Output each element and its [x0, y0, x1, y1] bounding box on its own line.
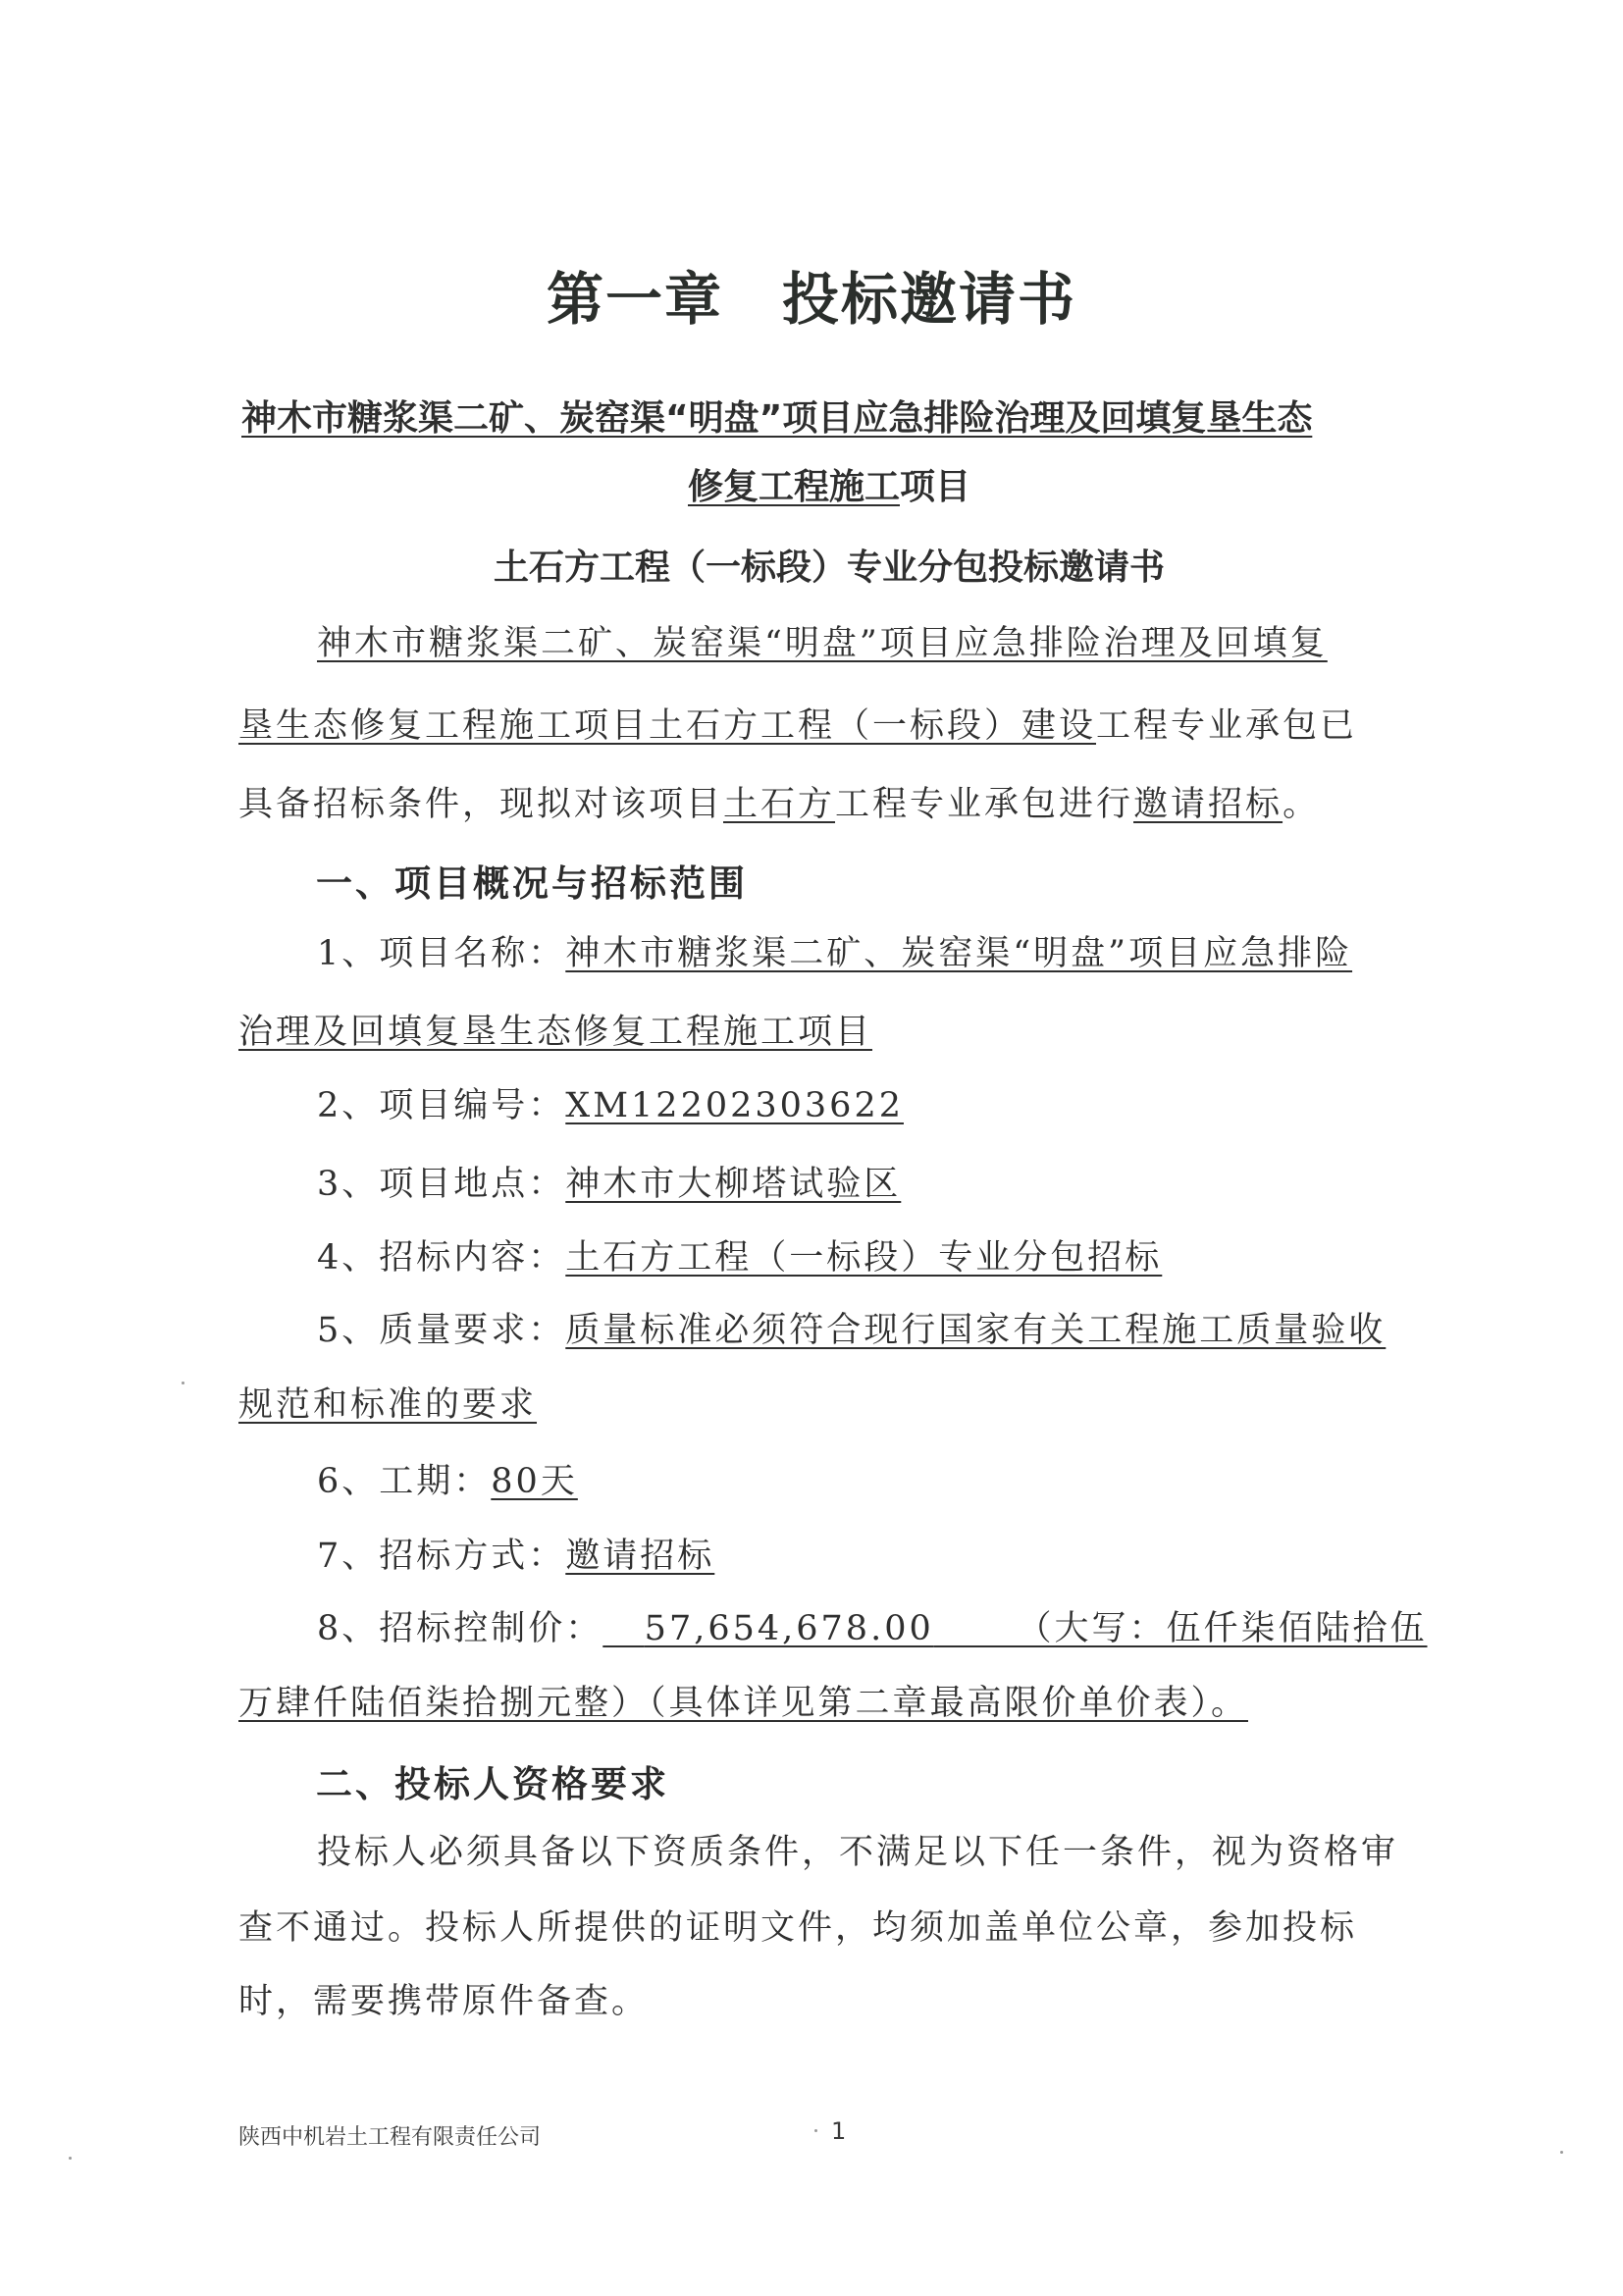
project-title-line1: 神木市糖浆渠二矿、炭窑渠“明盘”项目应急排险治理及回填复垦生态 — [241, 391, 1429, 441]
scan-speck — [182, 1382, 184, 1384]
section2-line1: 投标人必须具备以下资质条件，不满足以下任一条件，视为资格审 — [238, 1833, 1509, 1872]
section2-line2: 查不通过。投标人所提供的证明文件，均须加盖单位公章，参加投标 — [238, 1908, 1431, 1948]
footer-company: 陕西中机岩土工程有限责任公司 — [238, 2120, 541, 2151]
section1-heading: 一、项目概况与招标范围 — [316, 854, 748, 907]
chapter-title: 第一章投标邀请书 — [0, 253, 1623, 336]
item-control-price: 8、招标控制价： 57,654,678.00 （大写：伍仟柒佰陆拾伍 — [238, 1609, 1509, 1648]
intro-line1: 神木市糖浆渠二矿、炭窑渠“明盘”项目应急排险治理及回填复 — [238, 624, 1509, 663]
item-duration: 6、工期：80天 — [238, 1462, 1509, 1501]
scan-speck — [814, 2129, 817, 2132]
section2-line3: 时，需要携带原件备查。 — [238, 1982, 1431, 2021]
chapter-name: 投标邀请书 — [782, 266, 1076, 333]
page-number: 1 — [831, 2117, 846, 2145]
item-project-name: 1、项目名称：神木市糖浆渠二矿、炭窑渠“明盘”项目应急排险 — [238, 934, 1509, 973]
intro-line2: 垦生态修复工程施工项目土石方工程（一标段）建设工程专业承包已 — [238, 706, 1431, 746]
item-quality: 5、质量要求：质量标准必须符合现行国家有关工程施工质量验收 — [238, 1311, 1509, 1350]
item-tender-method: 7、招标方式：邀请招标 — [238, 1537, 1509, 1576]
item-quality-cont: 规范和标准的要求 — [238, 1385, 1431, 1425]
chapter-number: 第一章 — [547, 266, 723, 333]
document-page: 第一章投标邀请书 神木市糖浆渠二矿、炭窑渠“明盘”项目应急排险治理及回填复垦生态… — [0, 0, 1623, 2296]
invitation-title: 土石方工程（一标段）专业分包投标邀请书 — [236, 540, 1423, 590]
section2-heading: 二、投标人资格要求 — [316, 1754, 669, 1807]
item-project-location: 3、项目地点：神木市大柳塔试验区 — [238, 1165, 1509, 1204]
item-tender-content: 4、招标内容：土石方工程（一标段）专业分包招标 — [238, 1238, 1509, 1278]
item-control-price-cont: 万肆仟陆佰柒拾捌元整）（具体详见第二章最高限价单价表）。 — [238, 1684, 1431, 1723]
item-project-number: 2、项目编号：XM12202303622 — [238, 1086, 1509, 1125]
scan-speck — [69, 2157, 72, 2160]
scan-speck — [1560, 2151, 1563, 2154]
item-project-name-cont: 治理及回填复垦生态修复工程施工项目 — [238, 1013, 1431, 1052]
intro-line3: 具备招标条件，现拟对该项目土石方工程专业承包进行邀请招标。 — [238, 785, 1431, 824]
project-title-line2: 修复工程施工项目 — [236, 459, 1423, 509]
